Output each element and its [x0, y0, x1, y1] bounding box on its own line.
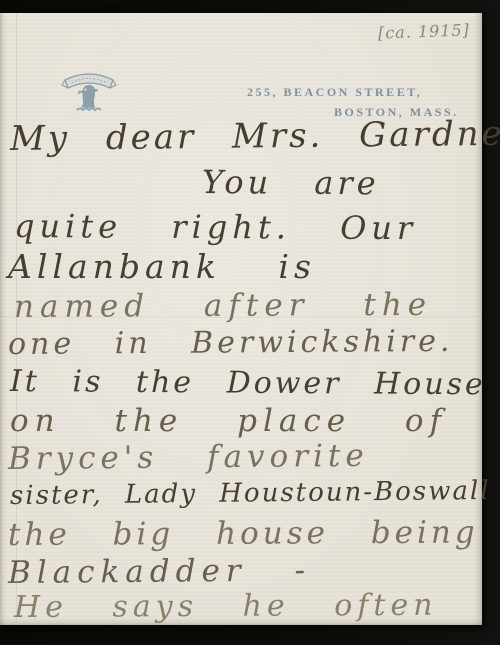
- handwritten-line: sister, Lady Houstoun-Boswall: [10, 476, 491, 511]
- letter-scan: [ca. 1915] 255, BEACON STREET, BOSTON, M…: [0, 0, 500, 645]
- pencil-date-annotation: [ca. 1915]: [378, 20, 470, 42]
- handwritten-line: Allanbank is: [8, 247, 316, 286]
- handwritten-line: He says he often: [14, 588, 438, 625]
- handwritten-line: Bryce's favorite: [8, 438, 369, 477]
- handwritten-line: one in Berwickshire.: [8, 324, 454, 362]
- letterhead-address-line1: 255, BEACON STREET,: [247, 85, 422, 100]
- handwritten-line: the big house being: [8, 515, 479, 553]
- handwritten-line: on the place of: [10, 403, 447, 439]
- handwritten-line-salutation: My dear Mrs. Gardner: [10, 114, 500, 159]
- handwritten-line: quite right. Our: [14, 207, 417, 247]
- letter-paper: [ca. 1915] 255, BEACON STREET, BOSTON, M…: [0, 13, 482, 625]
- handwritten-line: named after the: [14, 287, 432, 325]
- handwritten-line: Blackadder -: [8, 552, 311, 591]
- handwritten-line: It is the Dower House: [10, 364, 486, 402]
- lion-crest-icon: [60, 65, 118, 119]
- handwritten-line: You are: [202, 163, 380, 202]
